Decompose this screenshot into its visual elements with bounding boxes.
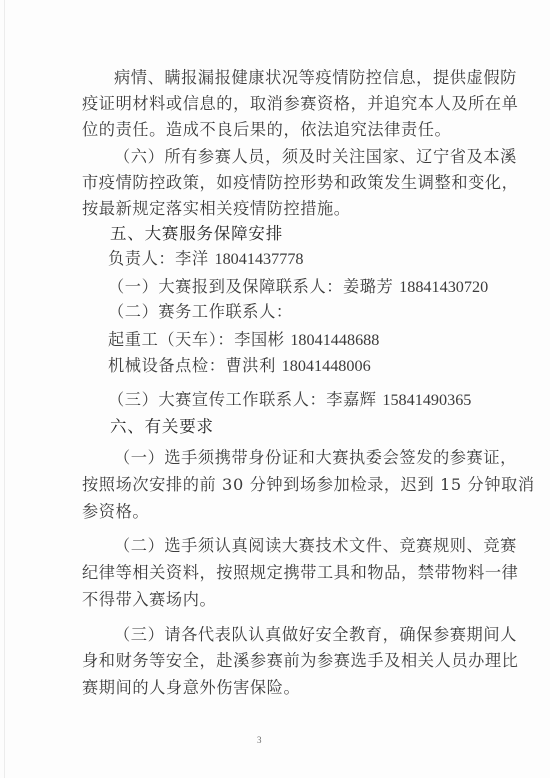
paragraph-line: 按最新规定落实相关疫情防控措施。 [82,199,474,219]
contact-phone: 18041448688 [290,331,379,349]
requirement-line: （一）选手须携带身份证和大赛执委会签发的参赛证， [114,448,506,468]
requirement-line: 参资格。 [82,502,474,522]
contact-phone: 15841490365 [382,391,471,409]
contact-phone: 18041437778 [214,250,303,268]
contact-line-equipment: 机械设备点检：曹洪利 18041448006 [108,356,500,376]
requirement-line: 赛期间的人身意外伤害保险。 [82,678,474,698]
requirement-line: 身和财务等安全，赴溪参赛前为参赛选手及相关人员办理比 [82,651,474,671]
contact-line-publicity: （三）大赛宣传工作联系人：李嘉辉 15841490365 [108,390,500,410]
requirement-line: 按照场次安排的前 30 分钟到场参加检录，迟到 15 分钟取消 [82,475,474,495]
requirement-line: 纪律等相关资料，按照规定携带工具和物品，禁带物料一律 [82,563,474,583]
paragraph-line: （六）所有参赛人员，须及时关注国家、辽宁省及本溪 [114,147,506,167]
requirement-line: 不得带入赛场内。 [82,590,474,610]
contact-label: （一）大赛报到及保障联系人：姜璐芳 [108,277,399,296]
paragraph-line: 病情、瞒报漏报健康状况等疫情防控信息，提供虚假防 [114,68,506,88]
contact-label: （二）赛务工作联系人： [108,302,293,321]
contact-line-crane: 起重工（天车）：李国彬 18041448688 [108,330,500,350]
contact-label: （三）大赛宣传工作联系人：李嘉辉 [108,390,382,409]
page-number: 3 [257,735,262,745]
contact-label: 机械设备点检：曹洪利 [108,356,282,375]
contact-phone: 18041448006 [282,357,371,375]
contact-line-affairs: （二）赛务工作联系人： [108,302,500,322]
paragraph-line: 市疫情防控政策，如疫情防控形势和政策发生调整和变化， [82,173,474,193]
contact-phone: 18841430720 [399,278,488,296]
section-heading-service: 五、大赛服务保障安排 [110,224,502,244]
contact-label: 起重工（天车）：李国彬 [108,330,290,349]
page-edge-divider [4,0,5,778]
requirement-line: （二）选手须认真阅读大赛技术文件、竞赛规则、竞赛 [114,536,506,556]
document-page: 病情、瞒报漏报健康状况等疫情防控信息，提供虚假防 疫证明材料或信息的，取消参赛资… [0,0,550,778]
contact-line-registration: （一）大赛报到及保障联系人：姜璐芳 18841430720 [108,277,500,297]
paragraph-line: 疫证明材料或信息的，取消参赛资格，并追究本人及所在单 [82,94,474,114]
paragraph-line: 位的责任。造成不良后果的，依法追究法律责任。 [82,120,474,140]
contact-label: 负责人：李洋 [108,249,214,268]
section-heading-requirements: 六、有关要求 [110,417,502,437]
contact-line-lead: 负责人：李洋 18041437778 [108,249,500,269]
requirement-line: （三）请各代表队认真做好安全教育，确保参赛期间人 [114,625,506,645]
